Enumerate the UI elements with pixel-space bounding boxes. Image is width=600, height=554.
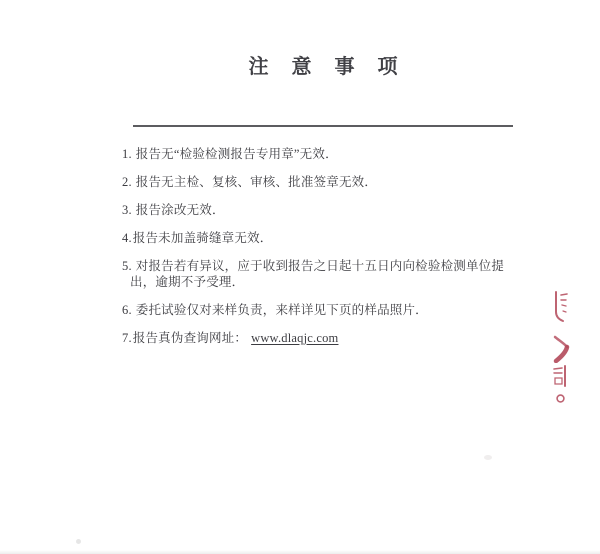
verification-url-link[interactable]: www.dlaqjc.com bbox=[251, 331, 338, 345]
note-item-2: 2.报告无主检、复核、审核、批准签章无效． bbox=[122, 174, 514, 190]
note-number: 1. bbox=[122, 147, 132, 161]
note-text: 报告未加盖骑缝章无效． bbox=[133, 231, 273, 245]
note-text: 报告无主检、复核、审核、批准签章无效． bbox=[136, 175, 377, 189]
note-item-3: 3.报告涂改无效． bbox=[122, 202, 514, 218]
red-circle-mark-icon bbox=[555, 393, 566, 404]
note-number: 7. bbox=[122, 331, 132, 345]
scan-artifact bbox=[484, 455, 492, 460]
scan-artifact bbox=[76, 539, 81, 544]
note-item-6: 6.委托试验仅对来样负责，来样详见下页的样品照片． bbox=[122, 302, 514, 318]
page-title: 注 意 事 项 bbox=[133, 50, 513, 79]
scanned-report-notice-page: 注 意 事 项 1.报告无“检验检测报告专用章”无效． 2.报告无主检、复核、审… bbox=[0, 0, 600, 554]
note-item-5: 5.对报告若有异议，应于收到报告之日起十五日内向检验检测单位提 出，逾期不予受理… bbox=[122, 258, 514, 290]
note-text: 报告真伪查询网址： bbox=[133, 331, 247, 345]
note-text: 报告涂改无效． bbox=[136, 203, 225, 217]
title-divider bbox=[133, 125, 513, 127]
note-item-7: 7.报告真伪查询网址：www.dlaqjc.com bbox=[122, 330, 514, 346]
note-number: 4. bbox=[122, 231, 132, 245]
note-item-1: 1.报告无“检验检测报告专用章”无效． bbox=[122, 146, 514, 162]
red-seal-fragment-icon bbox=[552, 291, 569, 323]
note-text: 报告无“检验检测报告专用章”无效． bbox=[136, 147, 338, 161]
notes-list: 1.报告无“检验检测报告专用章”无效． 2.报告无主检、复核、审核、批准签章无效… bbox=[122, 146, 514, 358]
note-text: 对报告若有异议，应于收到报告之日起十五日内向检验检测单位提 bbox=[136, 259, 504, 273]
note-number: 3. bbox=[122, 203, 132, 217]
note-text: 委托试验仅对来样负责，来样详见下页的样品照片． bbox=[136, 303, 428, 317]
note-number: 5. bbox=[122, 259, 132, 273]
note-item-4: 4.报告未加盖骑缝章无效． bbox=[122, 230, 514, 246]
note-text-continued: 出，逾期不予受理． bbox=[122, 274, 514, 290]
note-number: 6. bbox=[122, 303, 132, 317]
note-number: 2. bbox=[122, 175, 132, 189]
red-seal-fragment-icon bbox=[552, 365, 568, 388]
red-handwriting-fragment-icon bbox=[553, 335, 571, 363]
